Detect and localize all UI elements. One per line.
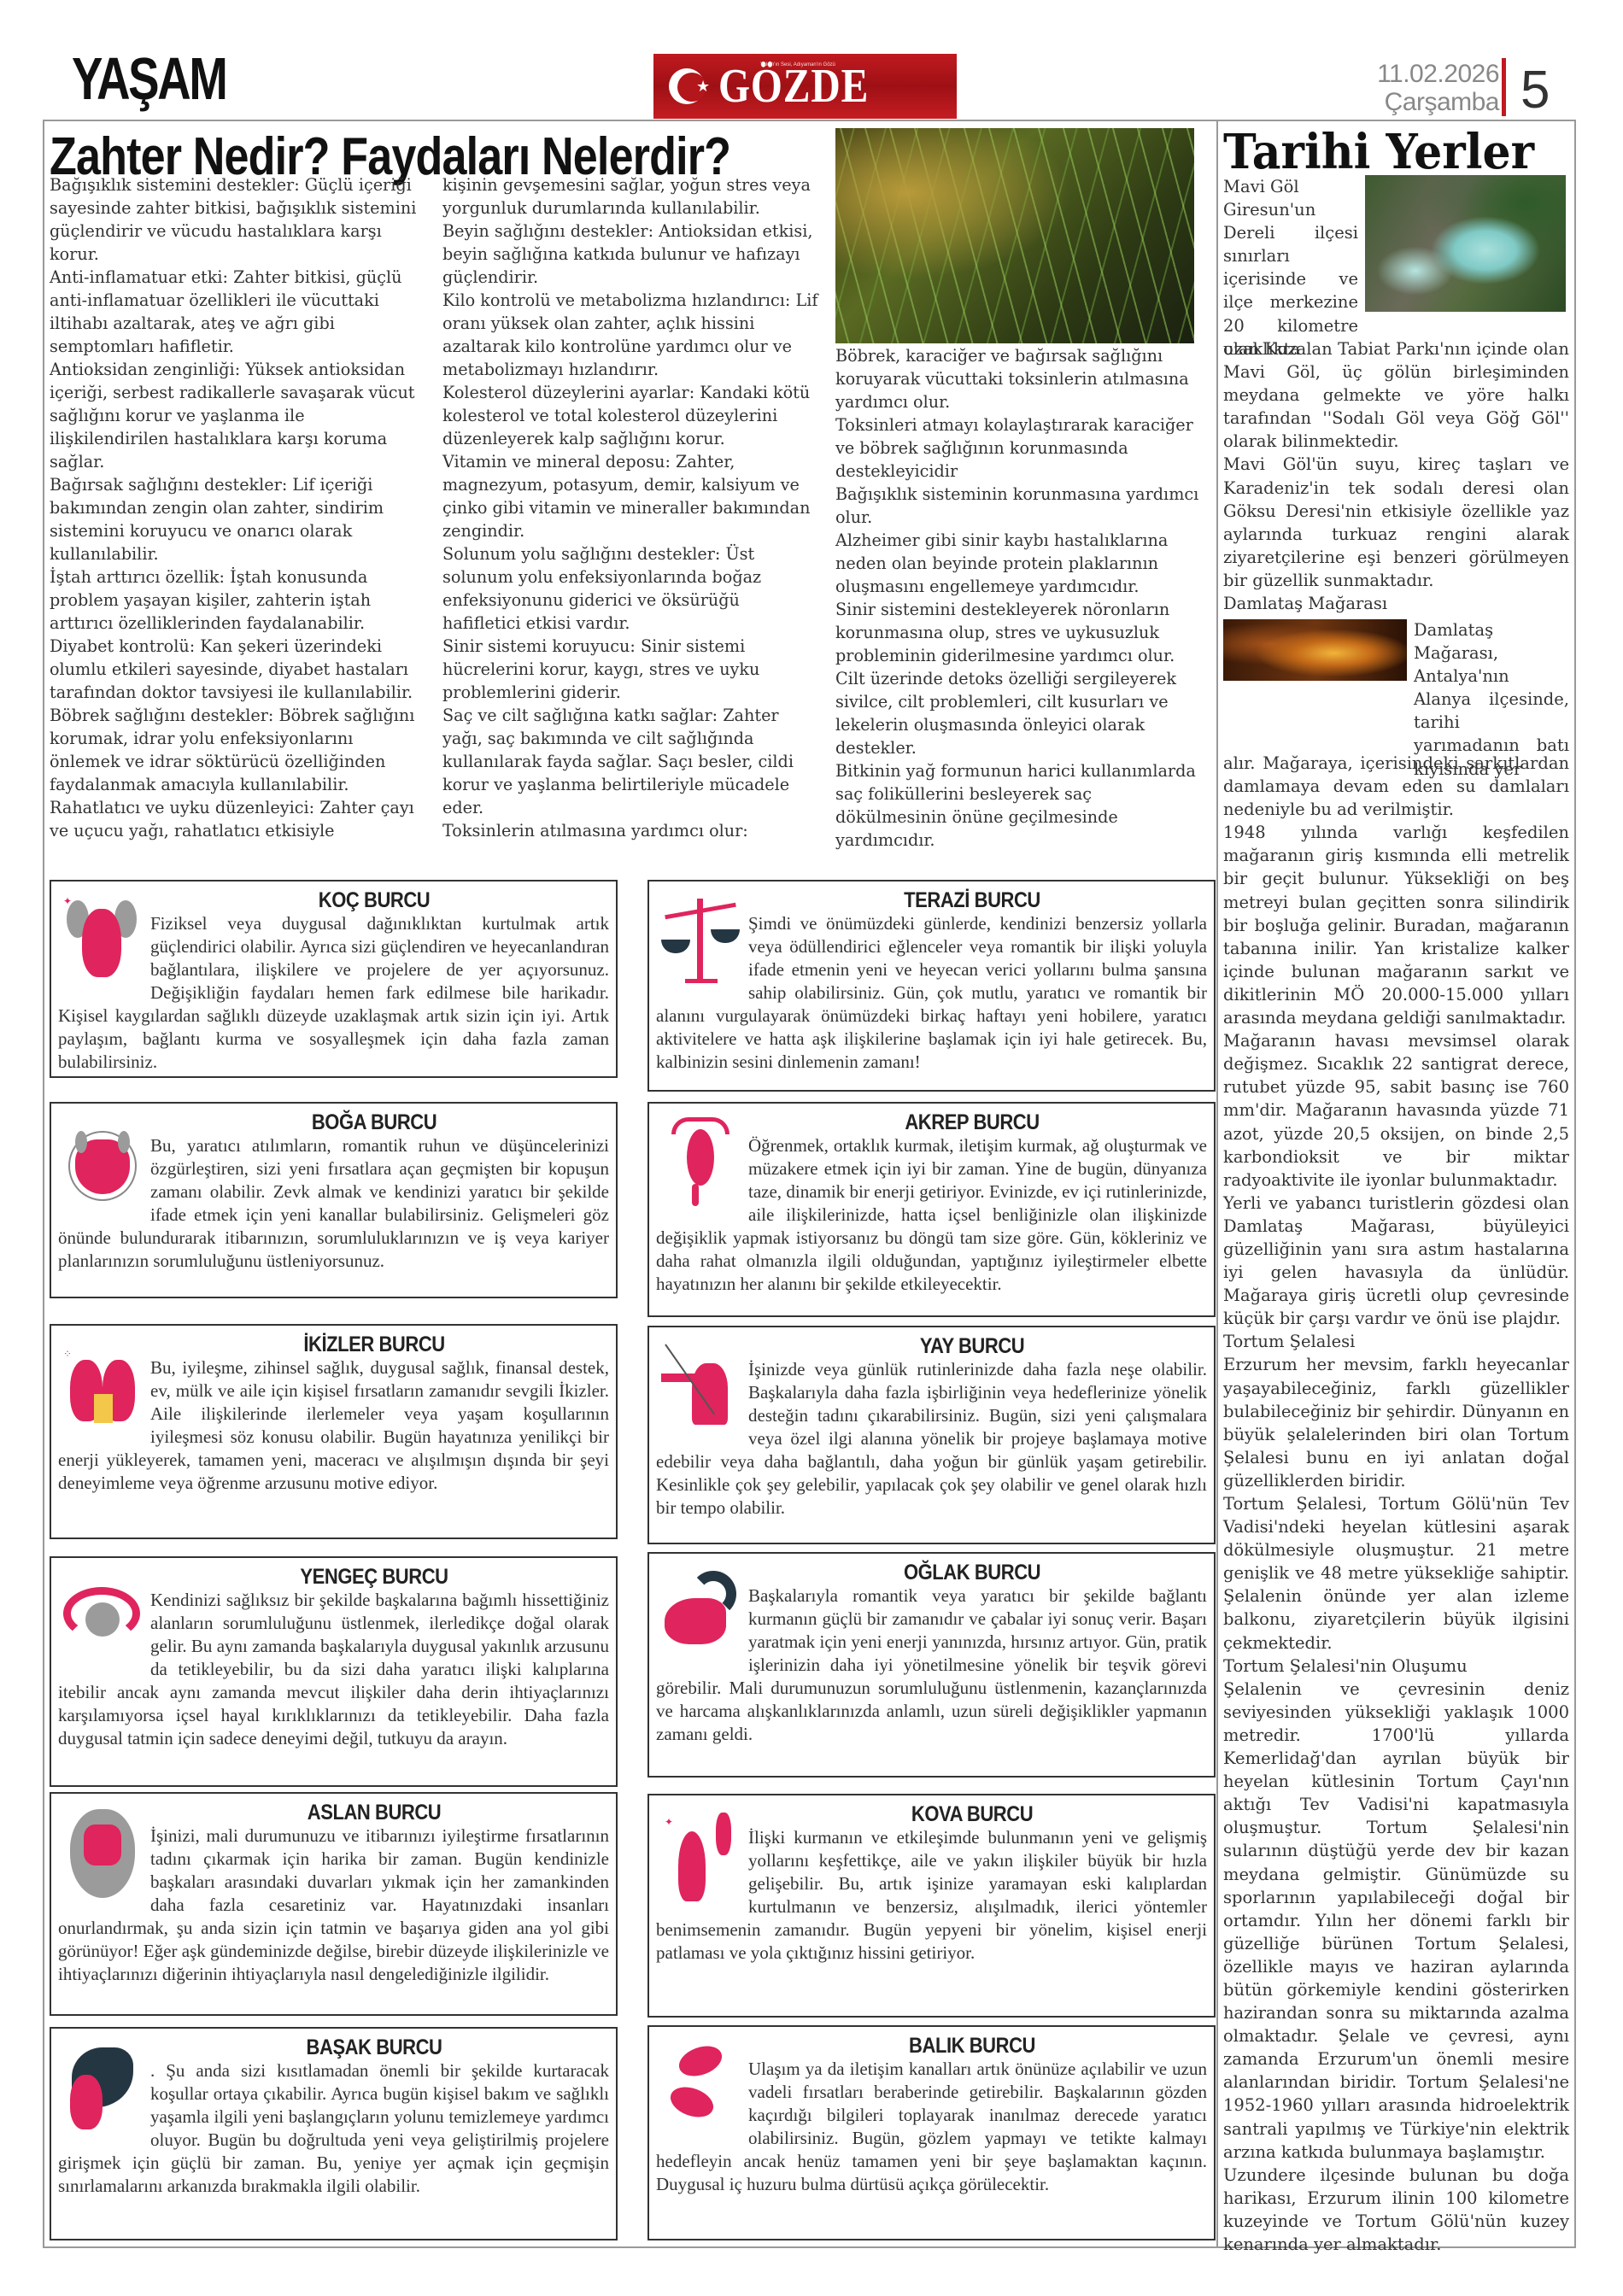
sign-title: BALIK BURCU <box>689 2034 1175 2058</box>
page-number: 5 <box>1520 60 1550 120</box>
page-number-divider <box>1502 58 1506 116</box>
paragraph: Alzheimer gibi sinir kaybı hastalıkların… <box>835 529 1203 598</box>
paragraph: Bağışıklık sistemini destekler: Güçlü iç… <box>50 173 425 266</box>
paragraph: olan Kuzalan Tabiat Parkı'nın içinde ola… <box>1223 337 1569 453</box>
paragraph: Toksinlerin atılmasına yardımcı olur: <box>442 819 823 842</box>
sign-text: İşinizde veya günlük rutinlerinizde daha… <box>656 1359 1207 1518</box>
paragraph: kişinin gevşemesini sağlar, yoğun stres … <box>442 173 823 220</box>
sign-title: AKREP BURCU <box>689 1110 1175 1134</box>
horoscope-box-yengec: YENGEÇ BURCU Kendinizi sağlıksız bir şek… <box>50 1556 618 1787</box>
sign-text: . Şu anda sizi kısıtlamadan önemli bir ş… <box>58 2060 609 2196</box>
paragraph: Sinir sistemi koruyucu: Sinir sistemi hü… <box>442 635 823 704</box>
section-heading: Mavi Göl <box>1223 175 1358 198</box>
article-column-1: Bağışıklık sistemini destekler: Güçlü iç… <box>50 173 425 842</box>
sign-title: BAŞAK BURCU <box>91 2035 577 2059</box>
paragraph: Bitkinin yağ formunun harici kullanımlar… <box>835 759 1203 852</box>
paragraph: Böbrek, karaciğer ve bağırsak sağlığını … <box>835 344 1203 413</box>
issue-weekday: Çarşamba <box>1377 88 1499 116</box>
sign-text: Öğrenmek, ortaklık kurmak, iletişim kurm… <box>656 1135 1207 1294</box>
date-block: 11.02.2026 Çarşamba <box>1377 60 1499 116</box>
sign-title: OĞLAK BURCU <box>689 1561 1175 1584</box>
sign-title: ASLAN BURCU <box>91 1801 577 1824</box>
sign-text: İlişki kurmanın ve etkileşimde bulunmanı… <box>656 1827 1207 1963</box>
sign-text: İşinizi, mali durumunuzu ve itibarınızı … <box>58 1825 609 1984</box>
sidebar-title: Tarihi Yerler <box>1223 124 1534 180</box>
paragraph: 1948 yılında varlığı keşfedilen mağaranı… <box>1223 821 1569 1029</box>
horoscope-box-balik: BALIK BURCU Ulaşım ya da iletişim kanall… <box>647 2025 1216 2240</box>
damlatas-cave-photo <box>1223 619 1407 681</box>
sign-title: YAY BURCU <box>689 1334 1175 1358</box>
horoscope-box-yay: YAY BURCU İşinizde veya günlük rutinleri… <box>647 1326 1216 1544</box>
section-name: YAŞAM <box>72 44 226 113</box>
paragraph: Tortum Şelalesi, Tortum Gölü'nün Tev Vad… <box>1223 1492 1569 1655</box>
paragraph: Sinir sistemini destekleyerek nöronların… <box>835 598 1203 667</box>
paragraph: Saç ve cilt sağlığına katkı sağlar: Zaht… <box>442 704 823 819</box>
paragraph: Giresun'un Dereli ilçesi sınırları içeri… <box>1223 198 1358 360</box>
paragraph: İştah arttırıcı özellik: İştah konusunda… <box>50 565 425 635</box>
paragraph: Yerli ve yabancı turistlerin gözdesi ola… <box>1223 1192 1569 1331</box>
horoscope-box-akrep: AKREP BURCU Öğrenmek, ortaklık kurmak, i… <box>647 1102 1216 1317</box>
paragraph: Kolesterol düzeylerini ayarlar: Kandaki … <box>442 381 823 450</box>
sign-title: YENGEÇ BURCU <box>91 1565 577 1589</box>
mavi-gol-body: olan Kuzalan Tabiat Parkı'nın içinde ola… <box>1223 337 1569 615</box>
sign-text: Fiziksel veya duygusal dağınıklıktan kur… <box>58 913 609 1072</box>
horoscope-box-basak: BAŞAK BURCU . Şu anda sizi kısıtlamadan … <box>50 2027 618 2240</box>
article-column-2: kişinin gevşemesini sağlar, yoğun stres … <box>442 173 823 842</box>
sign-title: BOĞA BURCU <box>91 1110 577 1134</box>
damlatas-body: alır. Mağaraya, içerisindeki sarkıtlarda… <box>1223 752 1569 2256</box>
horoscope-box-koc: ✦ KOÇ BURCU Fiziksel veya duygusal dağın… <box>50 880 618 1078</box>
horoscope-box-kova: ✦ KOVA BURCU İlişki kurmanın ve etkileşi… <box>647 1794 1216 2018</box>
paragraph: Uzundere ilçesinde bulunan bu doğa harik… <box>1223 2164 1569 2256</box>
paragraph: Beyin sağlığını destekler: Antioksidan e… <box>442 220 823 289</box>
paragraph: Rahatlatıcı ve uyku düzenleyici: Zahter … <box>50 796 425 842</box>
paragraph: Şelalenin ve çevresinin deniz seviyesind… <box>1223 1678 1569 2164</box>
sign-title: KOVA BURCU <box>689 1802 1175 1826</box>
issue-date: 11.02.2026 <box>1377 60 1499 88</box>
paragraph: Mağaranın havası mevsimsel olarak değişm… <box>1223 1029 1569 1192</box>
paragraph: Erzurum her mevsim, farklı heyecanlar ya… <box>1223 1353 1569 1492</box>
sign-text: Bu, iyileşme, zihinsel sağlık, duygusal … <box>58 1357 609 1493</box>
paragraph: Kilo kontrolü ve metabolizma hızlandırıc… <box>442 289 823 381</box>
paragraph: alır. Mağaraya, içerisindeki sarkıtlarda… <box>1223 752 1569 821</box>
sign-title: KOÇ BURCU <box>91 888 577 912</box>
logo-tagline: Yalçın'ın Sesi, Adıyaman'ın Gözü <box>760 62 835 67</box>
paragraph: Mavi Göl'ün suyu, kireç taşları ve Karad… <box>1223 453 1569 592</box>
article-column-3: Böbrek, karaciğer ve bağırsak sağlığını … <box>835 344 1203 852</box>
section-heading: Damlataş Mağarası <box>1223 592 1569 615</box>
horoscope-box-ikizler: ⁘ İKİZLER BURCU Bu, iyileşme, zihinsel s… <box>50 1324 618 1539</box>
sign-title: İKİZLER BURCU <box>91 1332 577 1356</box>
sign-text: Başkalarıyla romantik veya yaratıcı bir … <box>656 1585 1207 1744</box>
sign-text: Ulaşım ya da iletişim kanalları artık ön… <box>656 2059 1207 2194</box>
sign-text: Şimdi ve önümüzdeki günlerde, kendinizi … <box>656 913 1207 1072</box>
section-heading: Tortum Şelalesi <box>1223 1330 1569 1353</box>
paragraph: Toksinleri atmayı kolaylaştırarak karaci… <box>835 413 1203 483</box>
star-icon: ★ <box>696 78 710 96</box>
paragraph: Antioksidan zenginliği: Yüksek antioksid… <box>50 358 425 473</box>
horoscope-box-oglak: OĞLAK BURCU Başkalarıyla romantik veya y… <box>647 1552 1216 1778</box>
horoscope-box-aslan: ASLAN BURCU İşinizi, mali durumunuzu ve … <box>50 1792 618 2016</box>
sign-text: Kendinizi sağlıksız bir şekilde başkalar… <box>58 1590 609 1748</box>
horoscope-box-boga: BOĞA BURCU Bu, yaratıcı atılımların, rom… <box>50 1102 618 1298</box>
paragraph: Böbrek sağlığını destekler: Böbrek sağlı… <box>50 704 425 796</box>
zahter-plant-photo <box>835 128 1194 343</box>
paragraph: Bağışıklık sisteminin korunmasına yardım… <box>835 483 1203 529</box>
paragraph: Cilt üzerinde detoks özelliği sergileyer… <box>835 667 1203 759</box>
newspaper-logo[interactable]: ★ GÖZDE Yalçın'ın Sesi, Adıyaman'ın Gözü <box>653 54 957 119</box>
horoscope-box-terazi: TERAZİ BURCU Şimdi ve önümüzdeki günlerd… <box>647 880 1216 1092</box>
paragraph: Vitamin ve mineral deposu: Zahter, magne… <box>442 450 823 542</box>
mavi-gol-photo <box>1365 175 1566 312</box>
sign-title: TERAZİ BURCU <box>689 888 1175 912</box>
paragraph: Diyabet kontrolü: Kan şekeri üzerindeki … <box>50 635 425 704</box>
mavi-gol-intro: Mavi Göl Giresun'un Dereli ilçesi sınırl… <box>1223 175 1358 360</box>
paragraph: Bağırsak sağlığını destekler: Lif içeriğ… <box>50 473 425 565</box>
sign-text: Bu, yaratıcı atılımların, romantik ruhun… <box>58 1135 609 1271</box>
paragraph: Solunum yolu sağlığını destekler: Üst so… <box>442 542 823 635</box>
paragraph: Anti-inflamatuar etki: Zahter bitkisi, g… <box>50 266 425 358</box>
section-subheading: Tortum Şelalesi'nin Oluşumu <box>1223 1655 1569 1678</box>
